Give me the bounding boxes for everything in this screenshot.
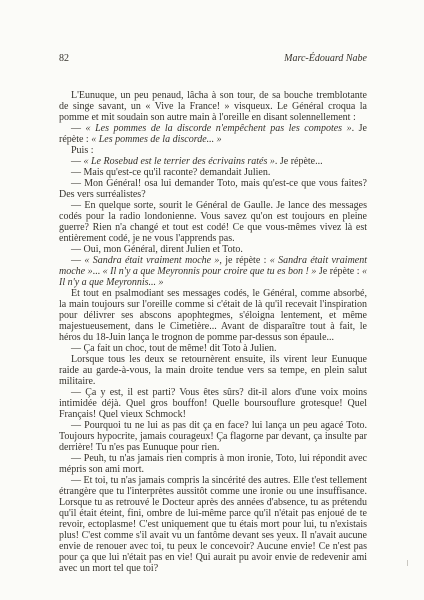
text-run: L'Eunuque, un peu penaud, lâcha à son to… [59, 90, 367, 123]
running-head-author: Marc-Édouard Nabe [284, 53, 367, 64]
text-run: Et tout en psalmodiant ses messages codé… [59, 288, 367, 343]
text-run: — Mon Général! osa lui demander Toto, ma… [59, 178, 367, 200]
text-run: Je répète : [316, 266, 362, 277]
text-run: — Mais qu'est-ce qu'il raconte? demandai… [71, 167, 270, 178]
text-run: Puis : [71, 145, 94, 156]
text-run: , je répète : [219, 255, 269, 266]
text-run: Lorsque tous les deux se retournèrent en… [59, 354, 367, 387]
page-number: 82 [59, 53, 69, 64]
paragraph: — « Les pommes de la discorde n'empêchen… [59, 123, 367, 145]
paragraph: Lorsque tous les deux se retournèrent en… [59, 354, 367, 387]
text-run: — [71, 156, 84, 167]
text-run: . Je répète... [275, 156, 323, 167]
italic-quote: « Les pommes de la discorde n'empêchent … [86, 123, 352, 134]
text-run: — En quelque sorte, sourit le Général de… [59, 200, 367, 244]
text-run: — [71, 255, 84, 266]
text-run: — Peuh, tu n'as jamais rien compris à mo… [59, 453, 367, 475]
text-run: ... [93, 266, 103, 277]
text-run: — Pourquoi tu ne lui as pas dit ça en fa… [59, 420, 367, 453]
paragraph: L'Eunuque, un peu penaud, lâcha à son to… [59, 90, 367, 123]
italic-quote: « Sandra était vraiment moche » [84, 255, 219, 266]
paragraph: Et tout en psalmodiant ses messages codé… [59, 288, 367, 343]
italic-quote: « Il n'y a que Meyronnis pour croire que… [103, 266, 317, 277]
scan-artifact [407, 560, 408, 566]
text-run: — Ça y est, il est parti? Vous êtes sûrs… [59, 387, 367, 420]
paragraph: — Et toi, tu n'as jamais compris la sinc… [59, 475, 367, 574]
paragraph: Puis : [59, 145, 367, 156]
text-run: — Et toi, tu n'as jamais compris la sinc… [59, 475, 367, 574]
text-run: — [71, 123, 86, 134]
paragraph: — Ça fait un choc, tout de même! dit Tot… [59, 343, 367, 354]
book-page: 82 Marc-Édouard Nabe L'Eunuque, un peu p… [0, 0, 424, 600]
text-run: — Ça fait un choc, tout de même! dit Tot… [71, 343, 276, 354]
paragraph: — Ça y est, il est parti? Vous êtes sûrs… [59, 387, 367, 420]
running-head: 82 Marc-Édouard Nabe [59, 53, 367, 64]
paragraph: — Pourquoi tu ne lui as pas dit ça en fa… [59, 420, 367, 453]
paragraph: — En quelque sorte, sourit le Général de… [59, 200, 367, 244]
paragraph: — Oui, mon Général, dirent Julien et Tot… [59, 244, 367, 255]
page-text: L'Eunuque, un peu penaud, lâcha à son to… [59, 90, 367, 574]
paragraph: — Mon Général! osa lui demander Toto, ma… [59, 178, 367, 200]
text-run: — Oui, mon Général, dirent Julien et Tot… [71, 244, 243, 255]
paragraph: — Mais qu'est-ce qu'il raconte? demandai… [59, 167, 367, 178]
italic-quote: « Les pommes de la discorde... » [91, 134, 221, 145]
paragraph: — « Le Rosebud est le terrier des écriva… [59, 156, 367, 167]
italic-quote: « Le Rosebud est le terrier des écrivain… [84, 156, 275, 167]
paragraph: — Peuh, tu n'as jamais rien compris à mo… [59, 453, 367, 475]
paragraph: — « Sandra était vraiment moche », je ré… [59, 255, 367, 288]
